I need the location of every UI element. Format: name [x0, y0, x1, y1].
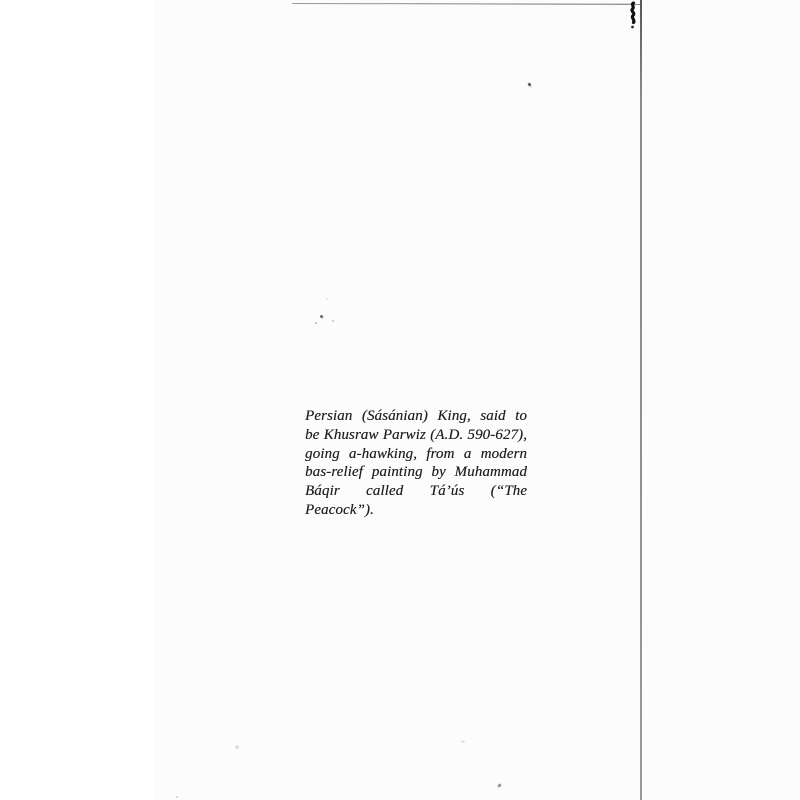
scan-speck: [528, 83, 531, 86]
scan-shading-band: [0, 0, 157, 800]
scan-speck: [320, 315, 323, 318]
scanned-page: Persian (Sásánian) King, said to be Khus…: [0, 0, 800, 800]
scan-speck: [461, 740, 465, 743]
caption-line-4: bas-relief painting by Muhammad: [305, 463, 527, 482]
scan-speck: [315, 322, 317, 324]
page-top-edge-line: [292, 3, 641, 5]
scan-speck: [326, 298, 328, 300]
ink-blot-icon: [626, 1, 640, 31]
scan-speck: [498, 784, 501, 787]
caption-line-3: going a-hawking, from a modern: [305, 445, 527, 464]
caption-line-1: Persian (Sásánian) King, said to: [305, 407, 527, 426]
caption-line-2: be Khusraw Parwiz (A.D. 590-627),: [305, 426, 527, 445]
plate-caption: Persian (Sásánian) King, said to be Khus…: [305, 407, 527, 520]
scan-speck: [176, 796, 178, 798]
scan-speck: [332, 320, 334, 322]
page-right-edge-line: [640, 0, 642, 800]
caption-line-5: Báqir called Tá’ús (“The Peacock”).: [305, 482, 527, 520]
scan-speck: [235, 745, 239, 749]
